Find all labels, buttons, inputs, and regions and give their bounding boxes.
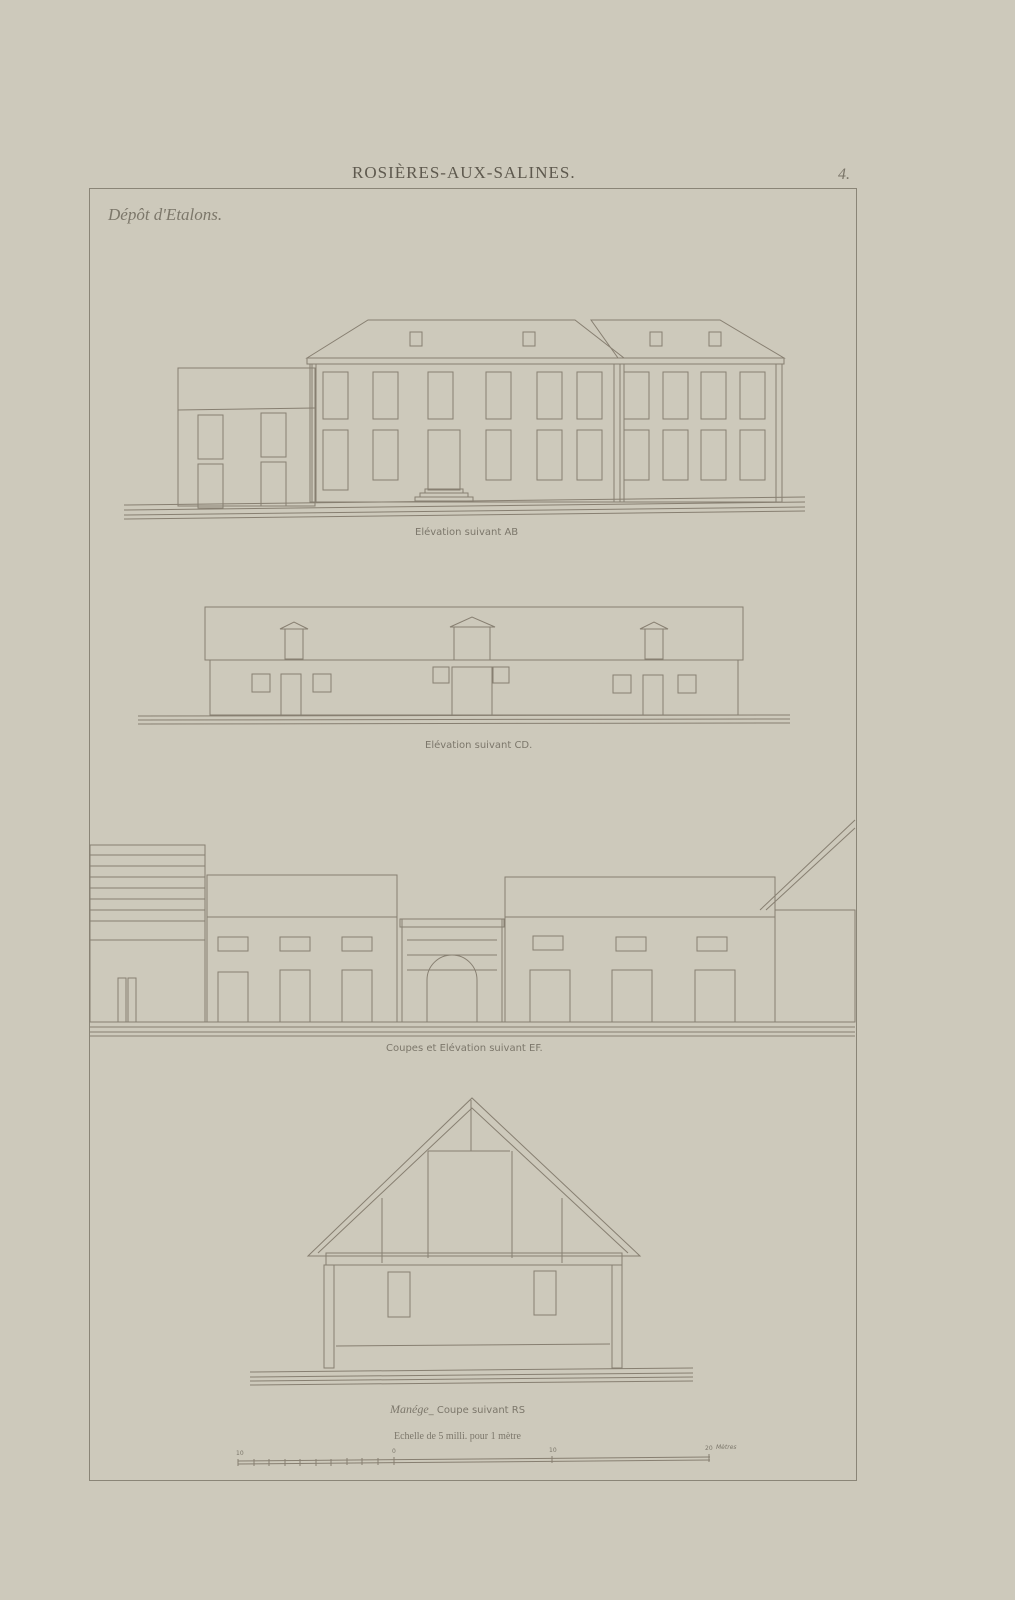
caption-coupes-ef: Coupes et Elévation suivant EF. (386, 1043, 543, 1054)
scale-label: Echelle de 5 milli. pour 1 mètre (394, 1431, 521, 1442)
scale-tick-10: 10 (549, 1447, 557, 1454)
scale-tick-0: 0 (392, 1448, 396, 1455)
scale-tick-20: 20 (705, 1445, 713, 1452)
scale-bar (238, 1454, 710, 1466)
coupes-ef-drawing (90, 820, 855, 1036)
scale-tick-10-left: 10 (236, 1450, 244, 1457)
caption-manege-rs: Manége_ Coupe suivant RS (390, 1402, 525, 1417)
elevation-ab-drawing (124, 320, 805, 519)
architectural-drawings (0, 0, 1015, 1600)
scale-unit: Mètres (716, 1444, 737, 1451)
caption-elevation-ab: Elévation suivant AB (415, 527, 518, 538)
caption-manege-text: _ Coupe suivant RS (429, 1405, 525, 1416)
caption-elevation-cd: Elévation suivant CD. (425, 740, 532, 751)
manege-rs-drawing (250, 1098, 693, 1385)
caption-manege-label: Manége (390, 1402, 429, 1416)
elevation-cd-drawing (138, 607, 790, 724)
